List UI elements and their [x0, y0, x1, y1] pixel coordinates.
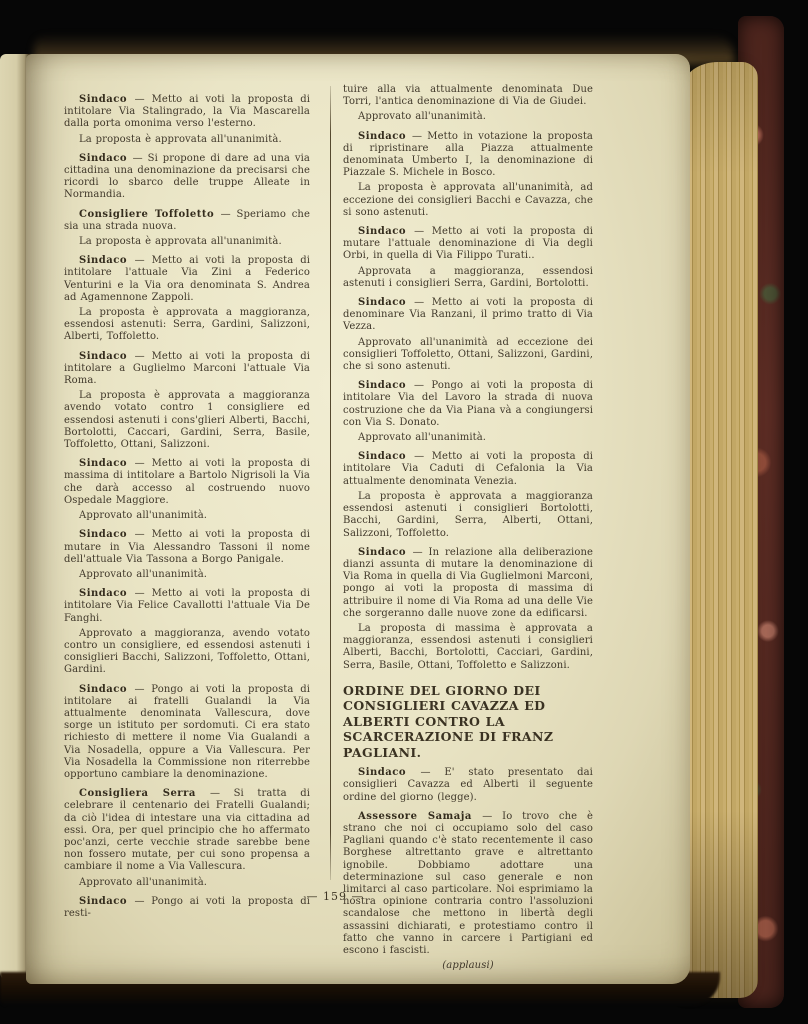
paragraph: Sindaco — In relazione alla deliberazion…: [343, 547, 593, 620]
paragraph: Sindaco — Pongo ai voti la proposta di i…: [343, 380, 593, 429]
speaker-name: Sindaco: [79, 529, 135, 540]
page-stack-fore-edge: [684, 62, 758, 998]
paragraph: Sindaco — Metto ai voti la proposta di m…: [64, 458, 310, 507]
paragraph: Sindaco — Metto ai voti la proposta di i…: [343, 451, 593, 488]
speaker-name: Sindaco: [79, 588, 135, 599]
paragraph: Sindaco — E' stato presentato dai consig…: [343, 767, 593, 804]
speaker-name: Sindaco: [79, 94, 135, 105]
paragraph: Approvato all'unanimità.: [343, 432, 593, 444]
paragraph: Approvato all'unanimità.: [343, 111, 593, 123]
speaker-name: Sindaco: [358, 547, 413, 558]
right-column: tuire alla via attualmente denominata Du…: [343, 84, 593, 975]
paragraph: Sindaco — Metto ai voti la proposta di i…: [64, 255, 310, 304]
paragraph: La proposta è approvata a maggioranza es…: [343, 491, 593, 540]
paragraph: Sindaco — Metto ai voti la proposta di i…: [64, 351, 310, 388]
speaker-name: Sindaco: [79, 153, 133, 164]
paragraph: Sindaco — Metto in votazione la proposta…: [343, 131, 593, 180]
scanned-page: Sindaco — Metto ai voti la proposta di i…: [26, 54, 690, 984]
paragraph: Approvata a maggioranza, essendosi asten…: [343, 266, 593, 290]
speaker-name: Sindaco: [79, 458, 135, 469]
paragraph: Approvato all'unanimità.: [64, 510, 310, 522]
paragraph: La proposta è approvata all'unanimità.: [64, 134, 310, 146]
paragraph: La proposta di massima è approvata a mag…: [343, 623, 593, 672]
page-text-area: Sindaco — Metto ai voti la proposta di i…: [26, 54, 690, 984]
paragraph: Approvato a maggioranza, avendo votato c…: [64, 628, 310, 677]
paragraph: Sindaco — Metto ai voti la proposta di i…: [64, 588, 310, 625]
speaker-name: Sindaco: [358, 380, 414, 391]
speaker-name: Consigliera Serra: [79, 788, 210, 799]
speaker-name: Sindaco: [358, 297, 414, 308]
paragraph: La proposta è approvata a maggioranza, e…: [64, 307, 310, 344]
section-heading: ORDINE DEL GIORNO DEI CONSIGLIERI CAVAZZ…: [343, 683, 593, 761]
paragraph: Sindaco — Si propone di dare ad una via …: [64, 153, 310, 202]
paragraph: tuire alla via attualmente denominata Du…: [343, 84, 593, 108]
speaker-name: Sindaco: [358, 767, 420, 778]
speaker-name: Sindaco: [79, 351, 135, 362]
paragraph: Consigliera Serra — Si tratta di celebra…: [64, 788, 310, 873]
speaker-name: Sindaco: [79, 255, 135, 266]
paragraph: Sindaco — Metto ai voti la proposta di d…: [343, 297, 593, 334]
speaker-name: Assessore Samaja: [358, 811, 482, 822]
speaker-name: Sindaco: [358, 131, 412, 142]
paragraph: Assessore Samaja — Io trovo che è strano…: [343, 811, 593, 957]
speaker-name: Sindaco: [358, 451, 414, 462]
paragraph: La proposta è approvata all'unanimità, a…: [343, 182, 593, 219]
paragraph: Approvato all'unanimità.: [64, 569, 310, 581]
paragraph: Sindaco — Metto ai voti la proposta di m…: [343, 226, 593, 263]
left-column: Sindaco — Metto ai voti la proposta di i…: [64, 87, 310, 923]
paragraph: Sindaco — Pongo ai voti la proposta di i…: [64, 684, 310, 782]
speaker-name: Sindaco: [79, 684, 134, 695]
paragraph: Approvato all'unanimità.: [64, 877, 310, 889]
page-number: — 159 —: [270, 890, 400, 903]
paragraph: Sindaco — Metto ai voti la proposta di m…: [64, 529, 310, 566]
speaker-name: Sindaco: [358, 226, 414, 237]
paragraph: Approvato all'unanimità ad eccezione dei…: [343, 337, 593, 374]
paragraph: La proposta è approvata a maggioranza av…: [64, 390, 310, 451]
paragraph: La proposta è approvata all'unanimità.: [64, 236, 310, 248]
paragraph: Sindaco — Metto ai voti la proposta di i…: [64, 94, 310, 131]
book-photo-scene: Sindaco — Metto ai voti la proposta di i…: [0, 0, 808, 1024]
paragraph: Consigliere Toffoletto — Speriamo che si…: [64, 209, 310, 233]
column-divider-rule: [330, 86, 331, 880]
applause-note: (applausi): [343, 960, 593, 972]
speaker-name: Sindaco: [79, 896, 134, 907]
speaker-name: Consigliere Toffoletto: [79, 209, 221, 220]
